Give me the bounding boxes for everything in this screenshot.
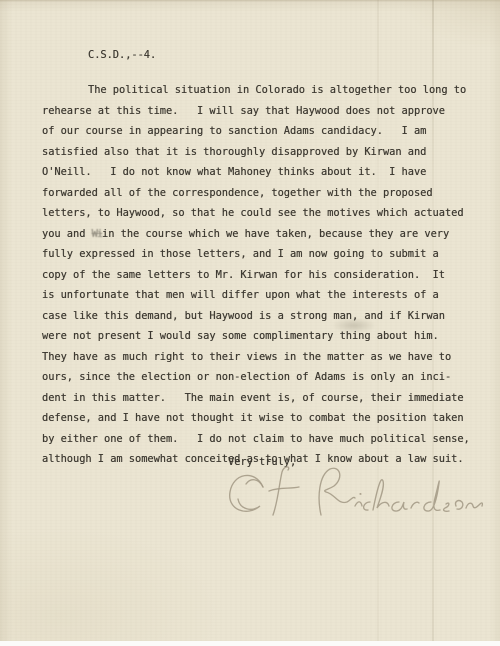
line-text: you and [42,228,92,240]
letter-line: fully expressed in those letters, and I … [42,244,472,265]
letter-line: is unfortunate that men will differ upon… [42,285,472,306]
letter-line: ours, since the election or non-election… [42,367,472,388]
letter-line: dent in this matter. The main event is, … [42,388,472,409]
letter-line: copy of the same letters to Mr. Kirwan f… [42,265,472,286]
scan-edge [0,641,500,646]
typed-overstrike: Wi [92,228,102,240]
signature [222,460,484,528]
letter-body: The political situation in Colorado is a… [42,80,472,470]
ink-smudge [332,318,376,333]
letter-line: The political situation in Colorado is a… [42,80,472,101]
letter-paper: C.S.D.,--4. The political situation in C… [0,0,500,641]
letter-line: of our course in appearing to sanction A… [42,121,472,142]
letter-line: defense, and I have not thought it wise … [42,408,472,429]
letter-line: rehearse at this time. I will say that H… [42,101,472,122]
letter-line: letters, to Haywood, so that he could se… [42,203,472,224]
letter-line: by either one of them. I do not claim to… [42,429,472,450]
line-text: in the course which we have taken, becau… [102,228,449,240]
letter-line: you and Wiin the course which we have ta… [42,224,472,245]
reference-number: C.S.D.,--4. [88,49,156,61]
letter-line: satisfied also that it is thoroughly dis… [42,142,472,163]
letter-line: forwarded all of the correspondence, tog… [42,183,472,204]
letter-line: case like this demand, but Haywood is a … [42,306,472,327]
letter-line: O'Neill. I do not know what Mahoney thin… [42,162,472,183]
letter-line: They have as much right to their views i… [42,347,472,368]
letter-line: were not present I would say some compli… [42,326,472,347]
